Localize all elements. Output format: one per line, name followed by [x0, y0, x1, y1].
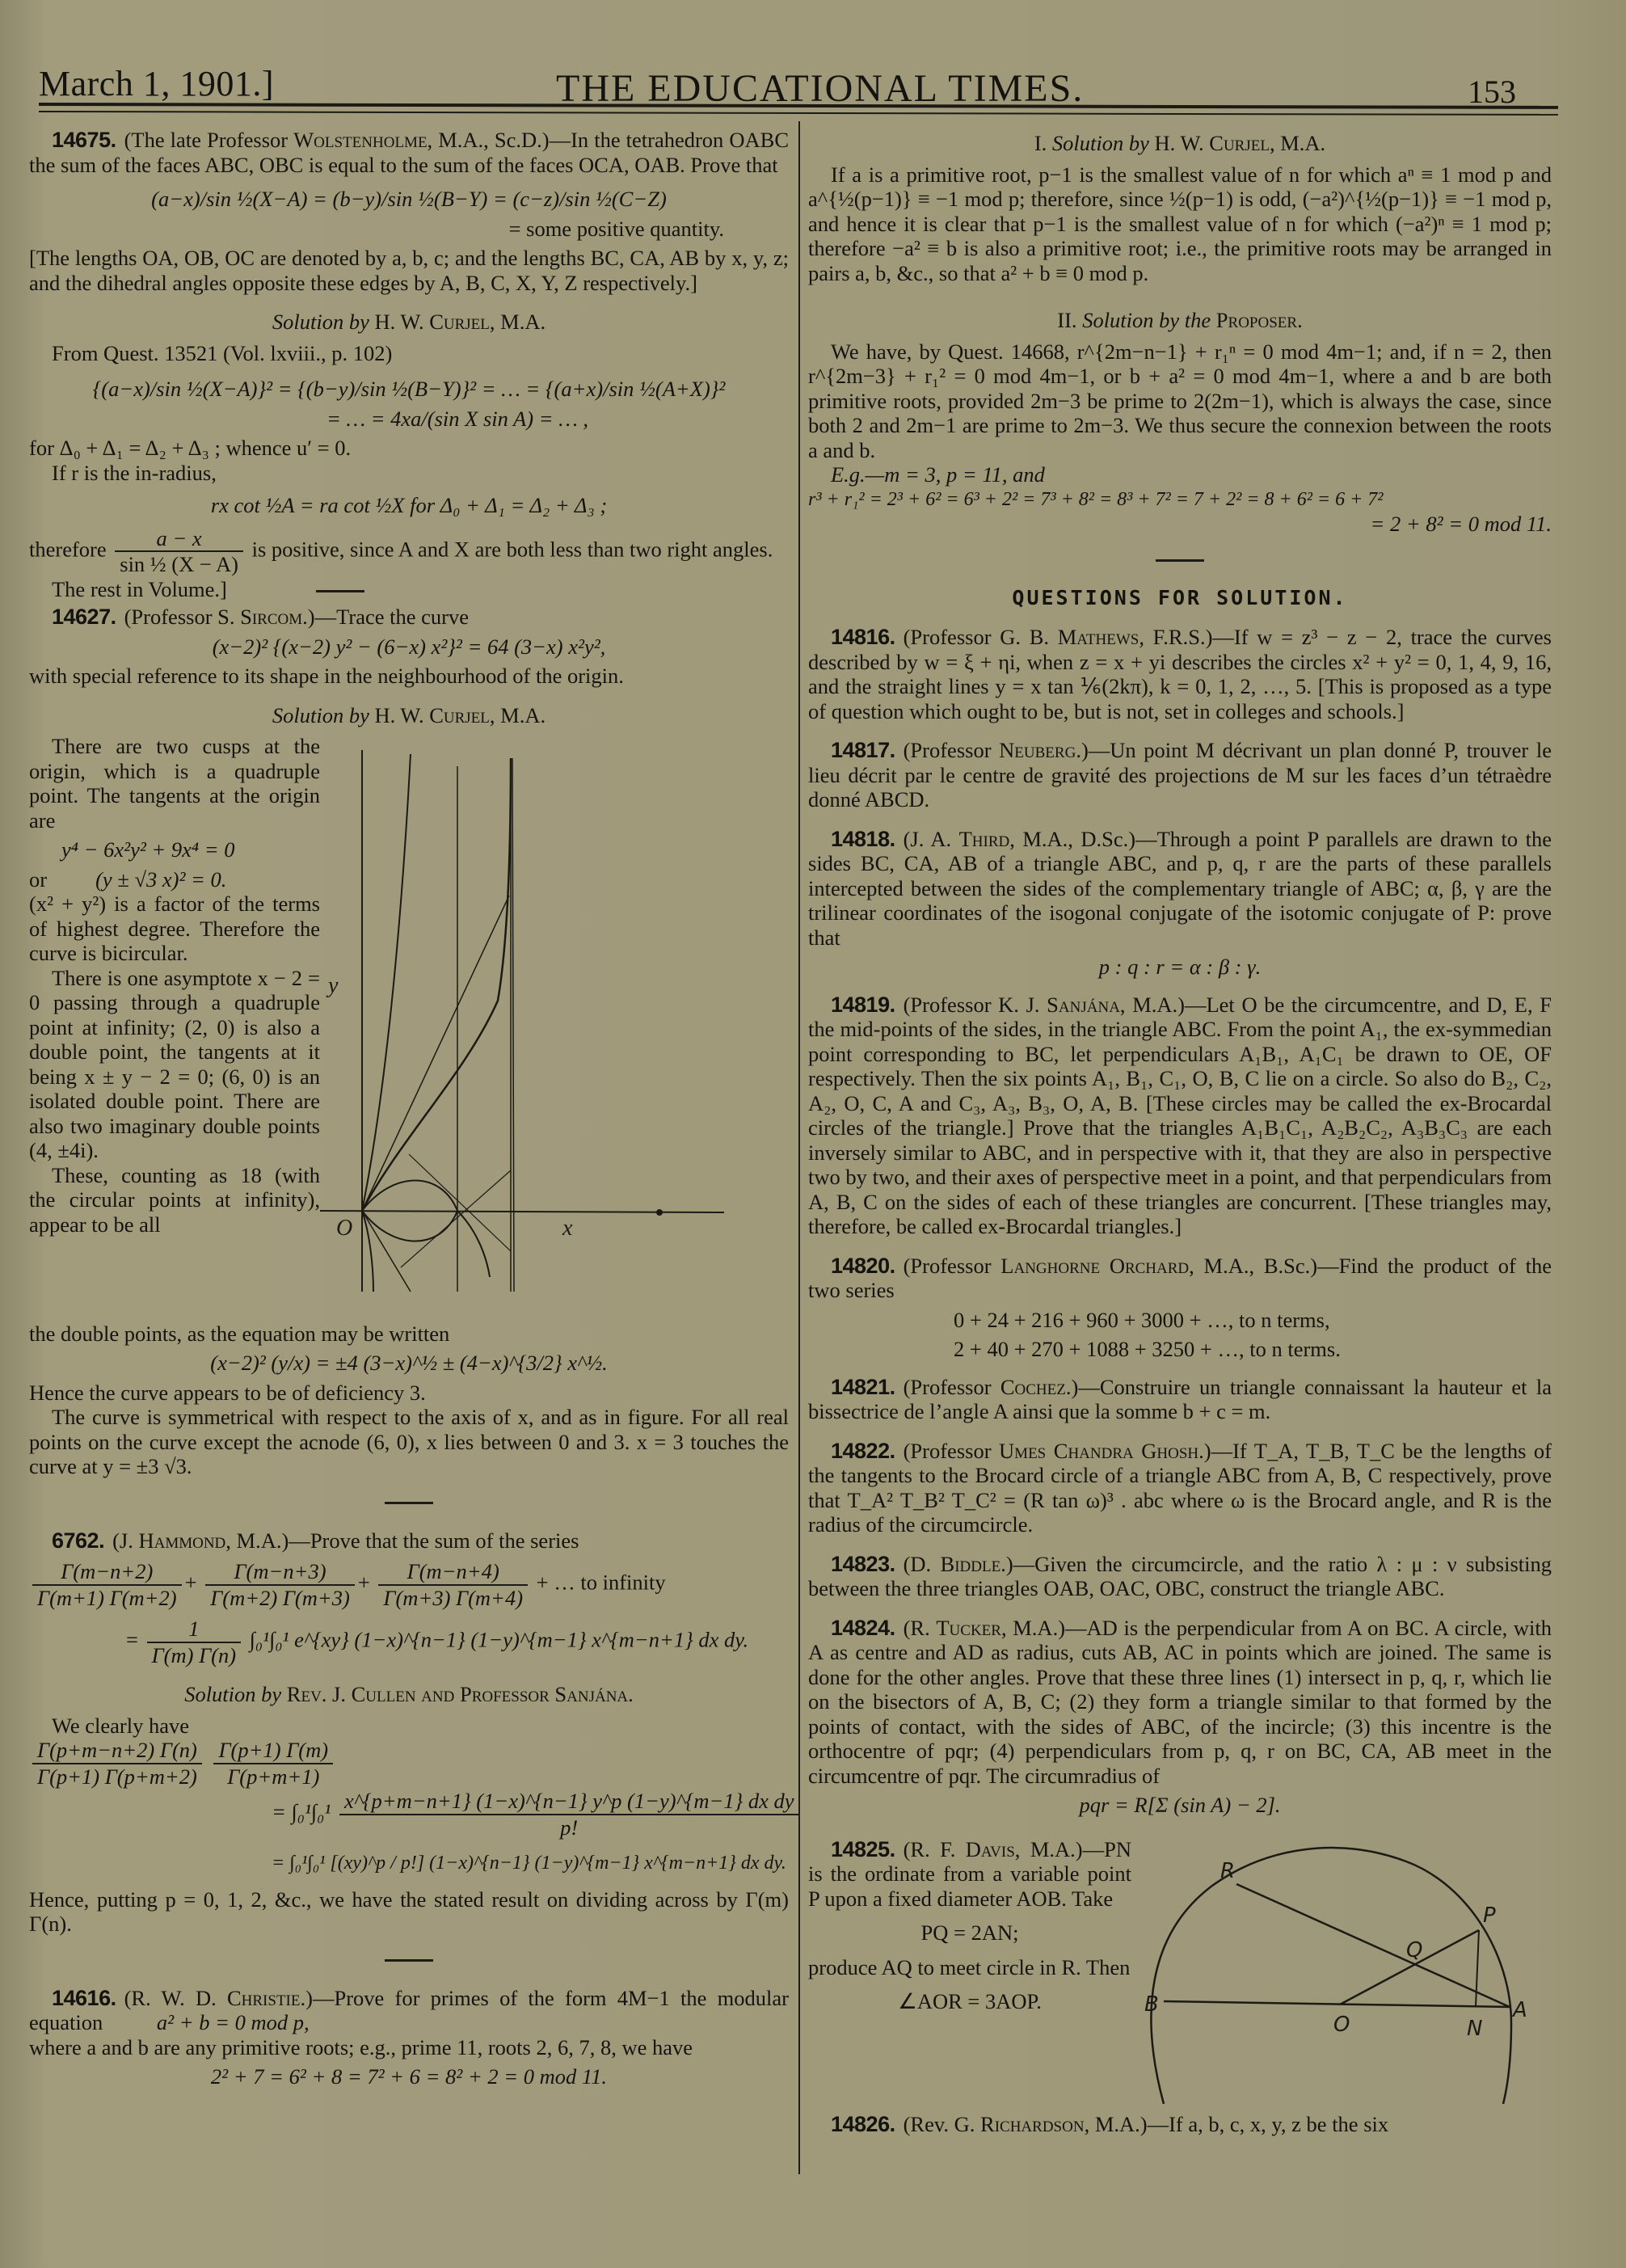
equation-continuation: = some positive quantity. [29, 217, 789, 242]
separator [385, 1502, 433, 1504]
question-number: 14821. [831, 1375, 895, 1399]
point-label-A: A [1511, 1998, 1527, 2022]
fraction: a − xsin ½ (X − A) [115, 526, 243, 577]
text-line: the double points, as the equation may b… [29, 1322, 789, 1347]
question-14817: 14817.(Professor Neuberg.)—Un point M dé… [808, 738, 1552, 812]
question-6762: 6762.(J. Hammond, M.A.)—Prove that the s… [29, 1528, 789, 1962]
question-text: 6762.(J. Hammond, M.A.)—Prove that the s… [29, 1528, 789, 1553]
question-number: 14675. [52, 128, 116, 152]
point-label-R: R [1220, 1859, 1235, 1883]
x-axis-label: x [562, 1216, 573, 1241]
question-text: 14826.(Rev. G. Richardson, M.A.)—If a, b… [808, 2112, 1552, 2137]
question-number: 14823. [831, 1552, 895, 1576]
equation: pqr = R[Σ (sin A) − 2]. [808, 1793, 1552, 1818]
question-text: 14675.(The late Professor Wolstenholme, … [29, 128, 789, 177]
question-number: 14822. [831, 1439, 895, 1463]
equation: = ∫₀¹∫₀¹ x^{p+m−n+1} (1−x)^{n−1} y^p (1−… [29, 1789, 789, 1840]
point-label-P: P [1483, 1903, 1496, 1928]
equation: 2² + 7 = 6² + 8 = 7² + 6 = 8² + 2 = 0 mo… [29, 2064, 789, 2089]
wrapped-text: There are two cusps at the origin, which… [29, 734, 320, 1322]
series-equation: Γ(m−n+2)Γ(m+1) Γ(m+2)+ Γ(m−n+3)Γ(m+2) Γ(… [29, 1559, 789, 1610]
text-line: E.g.—m = 3, p = 11, and [808, 462, 1552, 487]
question-14822: 14822.(Professor Umes Chandra Ghosh.)—If… [808, 1439, 1552, 1537]
question-author: Tucker [936, 1616, 1001, 1640]
question-text: 14825.(R. F. Davis, M.A.)—PN is the ordi… [808, 1837, 1131, 1912]
reference-line: From Quest. 13521 (Vol. lxviii., p. 102) [29, 341, 789, 366]
question-text: 14822.(Professor Umes Chandra Ghosh.)—If… [808, 1439, 1552, 1537]
issue-date: March 1, 1901.] [39, 63, 274, 104]
solution-II: II. Solution by the Proposer. We have, b… [808, 308, 1552, 562]
question-number: 14818. [831, 827, 895, 851]
series-1: 0 + 24 + 216 + 960 + 3000 + …, to n term… [905, 1308, 1552, 1333]
solution-heading: Solution by H. W. Curjel, M.A. [29, 310, 789, 335]
question-text: 14824.(R. Tucker, M.A.)—AD is the perpen… [808, 1616, 1552, 1789]
point-label-O: O [1333, 2013, 1350, 2037]
question-text: 14817.(Professor Neuberg.)—Un point M dé… [808, 738, 1552, 812]
editorial-note: [The lengths OA, OB, OC are denoted by a… [29, 246, 789, 295]
question-author: Davis [966, 1837, 1015, 1861]
text-paragraph: Hence, putting p = 0, 1, 2, &c., we have… [29, 1887, 789, 1937]
equation: a² + b = 0 mod p, [157, 2010, 310, 2034]
text-paragraph: If a is a primitive root, p−1 is the sma… [808, 162, 1552, 286]
circle-diagram: R P Q B O N A [1131, 1837, 1552, 2104]
left-column: 14675.(The late Professor Wolstenholme, … [29, 128, 789, 2094]
question-text: 14627.(Professor S. Sircom.)—Trace the c… [29, 605, 789, 630]
question-number: 14817. [831, 738, 895, 762]
point-label-B: B [1144, 1992, 1159, 2017]
question-author: Wolstenholme [293, 128, 427, 152]
curve-tracing-figure: y O x [320, 734, 789, 1322]
question-14821: 14821.(Professor Cochez.)—Construire un … [808, 1375, 1552, 1424]
question-14820: 14820.(Professor Langhorne Orchard, M.A.… [808, 1254, 1552, 1362]
wrapped-text: 14825.(R. F. Davis, M.A.)—PN is the ordi… [808, 1837, 1131, 2110]
text-line: Hence the curve appears to be of deficie… [29, 1381, 789, 1406]
text-line: If r is the in-radius, [29, 461, 789, 486]
question-author: Sircom [240, 605, 302, 629]
question-number: 14825. [831, 1837, 895, 1861]
text-line: with special reference to its shape in t… [29, 664, 789, 689]
equation: or(y ± √3 x)² = 0. [29, 867, 320, 892]
separator [385, 1959, 433, 1962]
question-number: 14824. [831, 1616, 895, 1640]
equation: = … = 4xa/(sin X sin A) = … , [29, 407, 789, 432]
equation: Γ(p+m−n+2) Γ(n)Γ(p+1) Γ(p+m+2) Γ(p+1) Γ(… [29, 1738, 789, 1789]
question-number: 14616. [52, 1986, 116, 2010]
question-text: 14616.(R. W. D. Christie.)—Prove for pri… [29, 1986, 789, 2035]
equation: (x−2)² (y/x) = ±4 (3−x)^½ ± (4−x)^{3/2} … [29, 1351, 789, 1376]
journal-page: March 1, 1901.] THE EDUCATIONAL TIMES. 1… [0, 0, 1626, 2268]
question-text: 14821.(Professor Cochez.)—Construire un … [808, 1375, 1552, 1424]
question-text: 14818.(J. A. Third, M.A., D.Sc.)—Through… [808, 827, 1552, 951]
equation: p : q : r = α : β : γ. [808, 955, 1552, 980]
solution-I: I. Solution by H. W. Curjel, M.A. If a i… [808, 131, 1552, 285]
solution-heading: II. Solution by the Proposer. [808, 308, 1552, 333]
question-author: Neuberg [999, 738, 1076, 762]
column-divider [798, 121, 800, 2174]
series-result: = 1Γ(m) Γ(n) ∫₀¹∫₀¹ e^{xy} (1−x)^{n−1} (… [29, 1617, 789, 1667]
solution-heading: Solution by H. W. Curjel, M.A. [29, 703, 789, 728]
solution-heading: Solution by Rev. J. Cullen and Professor… [29, 1682, 789, 1707]
equation: r³ + r₁² = 2³ + 6² = 6³ + 2² = 7³ + 8² =… [808, 487, 1552, 512]
text-line: The rest in Volume.] [29, 577, 789, 602]
question-author: Christie [227, 1986, 301, 2010]
question-text: 14823.(D. Biddle.)—Given the circumcircl… [808, 1552, 1552, 1601]
equation: y⁴ − 6x²y² + 9x⁴ = 0 [29, 837, 320, 862]
question-14825: 14825.(R. F. Davis, M.A.)—PN is the ordi… [808, 1837, 1552, 2110]
text-paragraph: We have, by Quest. 14668, r^{2m−n−1} + r… [808, 339, 1552, 463]
question-author: Umes Chandra Ghosh [999, 1439, 1198, 1463]
series-2: 2 + 40 + 270 + 1088 + 3250 + …, to n ter… [905, 1337, 1552, 1362]
question-text: 14820.(Professor Langhorne Orchard, M.A.… [808, 1254, 1552, 1303]
question-author: Sanjána [1047, 993, 1120, 1017]
text-line: We clearly have [29, 1714, 789, 1739]
question-number: 6762. [52, 1528, 104, 1553]
y-axis-label: y [326, 973, 339, 998]
text-line: therefore a − xsin ½ (X − A) is positive… [29, 526, 789, 577]
question-number: 14820. [831, 1254, 895, 1278]
question-14816: 14816.(Professor G. B. Mathews, F.R.S.)—… [808, 625, 1552, 723]
question-number: 14627. [52, 605, 116, 629]
question-14818: 14818.(J. A. Third, M.A., D.Sc.)—Through… [808, 827, 1552, 980]
question-14675: 14675.(The late Professor Wolstenholme, … [29, 128, 789, 601]
equation: = 2 + 8² = 0 mod 11. [808, 512, 1552, 537]
question-number: 14826. [831, 2112, 895, 2136]
equation: (x−2)² {(x−2) y² − (6−x) x²}² = 64 (3−x)… [29, 634, 789, 660]
question-14819: 14819.(Professor K. J. Sanjána, M.A.)—Le… [808, 993, 1552, 1239]
question-author: Richardson [980, 2112, 1085, 2136]
circle-figure: R P Q B O N A [1131, 1837, 1552, 2110]
question-14823: 14823.(D. Biddle.)—Given the circumcircl… [808, 1552, 1552, 1601]
separator [1156, 559, 1204, 562]
text-with-figure: There are two cusps at the origin, which… [29, 734, 789, 1322]
equation: {(a−x)/sin ½(X−A)}² = {(b−y)/sin ½(B−Y)}… [29, 377, 789, 402]
question-author: Hammond [138, 1528, 225, 1553]
question-author: Cochez [1000, 1375, 1066, 1399]
question-number: 14816. [831, 625, 895, 649]
text-line: for Δ₀ + Δ₁ = Δ₂ + Δ₃ ; whence u′ = 0. [29, 436, 789, 461]
equation: rx cot ½A = ra cot ½X for Δ₀ + Δ₁ = Δ₂ +… [29, 493, 789, 518]
text-line: where a and b are any primitive roots; e… [29, 2035, 789, 2060]
question-author: Langhorne Orchard [1000, 1254, 1189, 1278]
section-heading: QUESTIONS FOR SOLUTION. [808, 586, 1552, 611]
equation: ∠AOR = 3AOP. [808, 1989, 1131, 2014]
origin-label: O [336, 1216, 352, 1241]
question-14627: 14627.(Professor S. Sircom.)—Trace the c… [29, 605, 789, 1504]
question-text: 14819.(Professor K. J. Sanjána, M.A.)—Le… [808, 993, 1552, 1239]
separator [316, 590, 364, 592]
text-paragraph: The curve is symmetrical with respect to… [29, 1405, 789, 1479]
equation: = ∫₀¹∫₀¹ [(xy)^p / p!] (1−x)^{n−1} (1−y)… [29, 1851, 789, 1876]
question-text: 14816.(Professor G. B. Mathews, F.R.S.)—… [808, 625, 1552, 723]
equation: (a−x)/sin ½(X−A) = (b−y)/sin ½(B−Y) = (c… [29, 187, 789, 212]
question-author: Mathews [1058, 625, 1139, 649]
question-author: Biddle [941, 1552, 1001, 1576]
question-number: 14819. [831, 993, 895, 1017]
point-label-N: N [1467, 2017, 1482, 2041]
question-14616: 14616.(R. W. D. Christie.)—Prove for pri… [29, 1986, 789, 2089]
question-author: Third [959, 827, 1010, 851]
solution-heading: I. Solution by H. W. Curjel, M.A. [808, 131, 1552, 156]
curve-diagram: y O x [320, 734, 789, 1316]
question-14826: 14826.(Rev. G. Richardson, M.A.)—If a, b… [808, 2112, 1552, 2137]
equation: PQ = 2AN; [808, 1920, 1131, 1946]
question-14824: 14824.(R. Tucker, M.A.)—AD is the perpen… [808, 1616, 1552, 1818]
right-column: I. Solution by H. W. Curjel, M.A. If a i… [808, 128, 1552, 2137]
point-label-Q: Q [1406, 1938, 1422, 1962]
